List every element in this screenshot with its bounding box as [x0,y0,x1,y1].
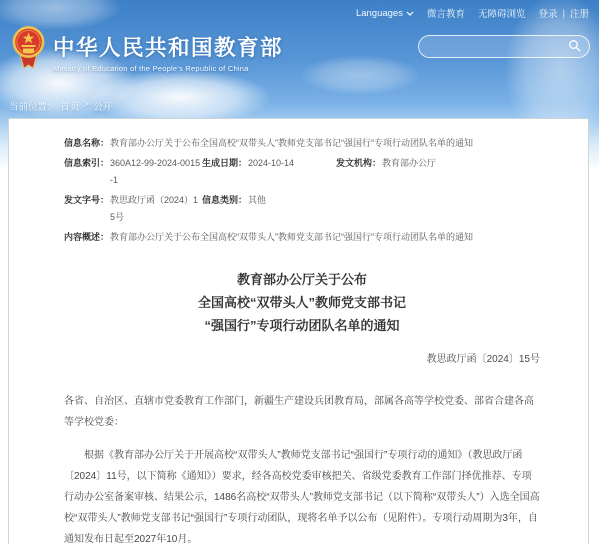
body-paragraph: 根据《教育部办公厅关于开展高校“双带头人”教师党支部书记“强国行”专项行动的通知… [64,445,540,544]
info-row-name: 信息名称： 教育部办公厅关于公布全国高校“双带头人”教师党支部书记“强国行”专项… [64,135,540,152]
info-docnum-value: 教思政厅函（2024）15号 [110,192,202,226]
info-org-value: 教育部办公厅 [382,155,540,189]
salutation-paragraph: 各省、自治区、直辖市党委教育工作部门，新疆生产建设兵团教育局，部属各高等学校党委… [64,391,540,433]
site-subtitle: Ministry of Education of the People's Re… [53,64,283,73]
info-row-summary: 内容概述： 教育部办公厅关于公布全国高校“双带头人”教师党支部书记“强国行”专项… [64,229,540,246]
accessibility-link[interactable]: 无障碍浏览 [478,6,526,20]
top-utility-bar: Languages 微言教育 无障碍浏览 登录 | 注册 [356,6,589,20]
document-number: 教思政厅函〔2024〕15号 [64,352,540,367]
breadcrumb: 当前位置： 首页 > 公开 [9,99,112,113]
info-name-value: 教育部办公厅关于公布全国高校“双带头人”教师党支部书记“强国行”专项行动团队名单… [110,135,540,152]
info-row-index: 信息索引： 360A12-99-2024-0015-1 生成日期： 2024-1… [64,155,540,189]
document-title-line-2: 全国高校“双带头人”教师党支部书记 [64,291,540,314]
document-title-line-1: 教育部办公厅关于公布 [64,268,540,291]
content-panel: 信息名称： 教育部办公厅关于公布全国高校“双带头人”教师党支部书记“强国行”专项… [8,118,589,544]
page: Languages 微言教育 无障碍浏览 登录 | 注册 中华人民共和国教育部 [0,0,599,544]
info-row-docnum: 发文字号： 教思政厅函（2024）15号 信息类别： 其他 [64,192,540,226]
info-date-label: 生成日期： [202,155,248,189]
breadcrumb-label: 当前位置： [9,99,57,113]
info-summary-label: 内容概述： [64,229,110,246]
info-index-label: 信息索引： [64,155,110,189]
breadcrumb-home-link[interactable]: 首页 [61,99,80,113]
search-bar [418,35,590,58]
info-date-value: 2024-10-14 [248,155,336,189]
info-docnum-label: 发文字号： [64,192,110,226]
info-name-label: 信息名称： [64,135,110,152]
languages-link[interactable]: Languages [356,8,414,19]
breadcrumb-separator: > [84,99,90,113]
info-summary-value: 教育部办公厅关于公布全国高校“双带头人”教师党支部书记“强国行”专项行动团队名单… [110,229,540,246]
info-category-label: 信息类别： [202,192,248,226]
cloud-decoration [300,55,420,95]
info-table: 信息名称： 教育部办公厅关于公布全国高校“双带头人”教师党支部书记“强国行”专项… [64,135,540,246]
document-title-line-3: “强国行”专项行动团队名单的通知 [64,314,540,337]
site-title-block: 中华人民共和国教育部 Ministry of Education of the … [53,31,283,73]
info-index-value: 360A12-99-2024-0015-1 [110,155,202,189]
chevron-down-icon [406,8,414,19]
site-logo[interactable]: 中华人民共和国教育部 Ministry of Education of the … [12,26,283,77]
weiyan-education-link[interactable]: 微言教育 [427,6,465,20]
search-button[interactable] [568,39,589,55]
search-input[interactable] [419,41,568,52]
info-category-value: 其他 [248,192,540,226]
national-emblem-icon [12,26,45,77]
auth-links: 登录 | 注册 [539,6,590,20]
breadcrumb-current-link[interactable]: 公开 [93,99,112,113]
auth-divider: | [563,8,565,19]
info-org-label: 发文机构： [336,155,382,189]
document-title: 教育部办公厅关于公布 全国高校“双带头人”教师党支部书记 “强国行”专项行动团队… [64,268,540,337]
register-link[interactable]: 注册 [570,6,589,20]
login-link[interactable]: 登录 [539,6,558,20]
cloud-decoration [90,70,270,125]
site-title: 中华人民共和国教育部 [53,31,283,62]
search-icon [568,39,581,55]
